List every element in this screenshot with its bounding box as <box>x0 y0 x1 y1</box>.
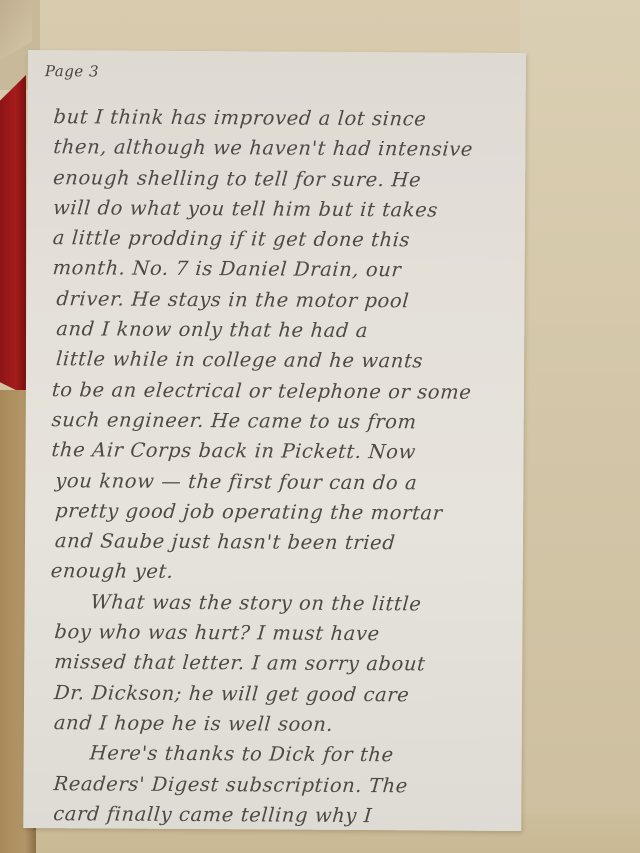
letter-line: missed that letter. I am sorry about <box>49 647 519 680</box>
letter-line: card finally came telling why I <box>48 799 518 832</box>
background-wall <box>520 0 640 853</box>
letter-line: then, although we haven't had intensive <box>52 132 522 165</box>
letter-line: and Saube just hasn't been tried <box>50 526 520 559</box>
letter-line: and I know only that he had a <box>51 314 521 347</box>
letter-line: month. No. 7 is Daniel Drain, our <box>52 254 522 287</box>
letter-page: Page 3 but I think has improved a lot si… <box>23 50 526 831</box>
letter-line: a little prodding if it get done this <box>52 223 522 256</box>
letter-line: but I think has improved a lot since <box>52 102 522 135</box>
letter-line: to be an electrical or telephone or some <box>51 375 521 408</box>
page-number-label: Page 3 <box>45 62 99 80</box>
letter-line: What was the story on the little <box>49 587 519 620</box>
letter-line: Here's thanks to Dick for the <box>49 738 519 771</box>
letter-line: Readers' Digest subscription. The <box>48 769 518 802</box>
letter-line: little while in college and he wants <box>51 345 521 378</box>
letter-line: such engineer. He came to us from <box>51 405 521 438</box>
letter-line: and I hope he is well soon. <box>49 708 519 741</box>
letter-line: Dr. Dickson; he will get good care <box>49 678 519 711</box>
letter-line: boy who was hurt? I must have <box>49 617 519 650</box>
letter-line: enough shelling to tell for sure. He <box>52 163 522 196</box>
red-folder-edge <box>0 75 26 395</box>
letter-line: you know — the first four can do a <box>50 466 520 499</box>
letter-body: but I think has improved a lot since the… <box>49 102 521 832</box>
letter-line: the Air Corps back in Pickett. Now <box>50 435 520 468</box>
letter-line: will do what you tell him but it takes <box>52 193 522 226</box>
letter-line: driver. He stays in the motor pool <box>51 284 521 317</box>
letter-line: pretty good job operating the mortar <box>50 496 520 529</box>
letter-line: enough yet. <box>50 557 520 590</box>
